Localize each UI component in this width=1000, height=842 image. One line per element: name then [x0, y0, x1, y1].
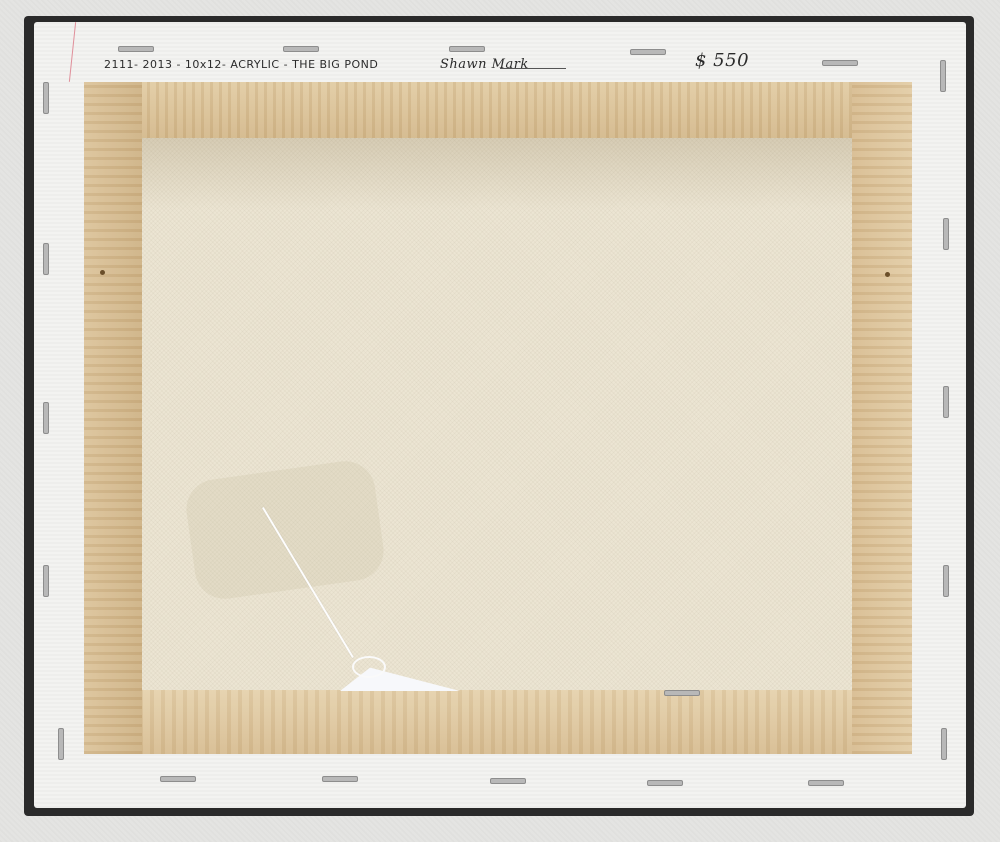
staple	[43, 565, 49, 597]
stretcher-bar-bottom	[84, 690, 912, 754]
staple	[449, 46, 485, 52]
staple	[664, 690, 700, 696]
stretcher-bar-right	[852, 82, 912, 754]
staple	[322, 776, 358, 782]
stretcher-bar-left	[84, 82, 142, 754]
staple	[58, 728, 64, 760]
nail-hole	[100, 270, 105, 275]
staple	[630, 49, 666, 55]
stretcher-bar-top	[84, 82, 912, 138]
staple	[808, 780, 844, 786]
staple	[118, 46, 154, 52]
artist-signature: Shawn Mark	[440, 57, 529, 72]
staple	[43, 402, 49, 434]
staple	[490, 778, 526, 784]
staple	[160, 776, 196, 782]
staple	[283, 46, 319, 52]
raw-canvas-back	[142, 138, 852, 690]
nail-hole	[885, 272, 890, 277]
staple	[822, 60, 858, 66]
signature-underline	[500, 68, 566, 69]
staple	[940, 60, 946, 92]
handwritten-price: $ 550	[695, 50, 749, 71]
staple	[943, 386, 949, 418]
staple	[943, 218, 949, 250]
canvas-shadow	[142, 138, 852, 210]
staple	[943, 565, 949, 597]
staple	[647, 780, 683, 786]
string-knot	[352, 656, 386, 678]
staple	[43, 82, 49, 114]
staple	[941, 728, 947, 760]
handwritten-label: 2111- 2013 - 10x12- ACRYLIC - THE BIG PO…	[104, 58, 378, 71]
staple	[43, 243, 49, 275]
